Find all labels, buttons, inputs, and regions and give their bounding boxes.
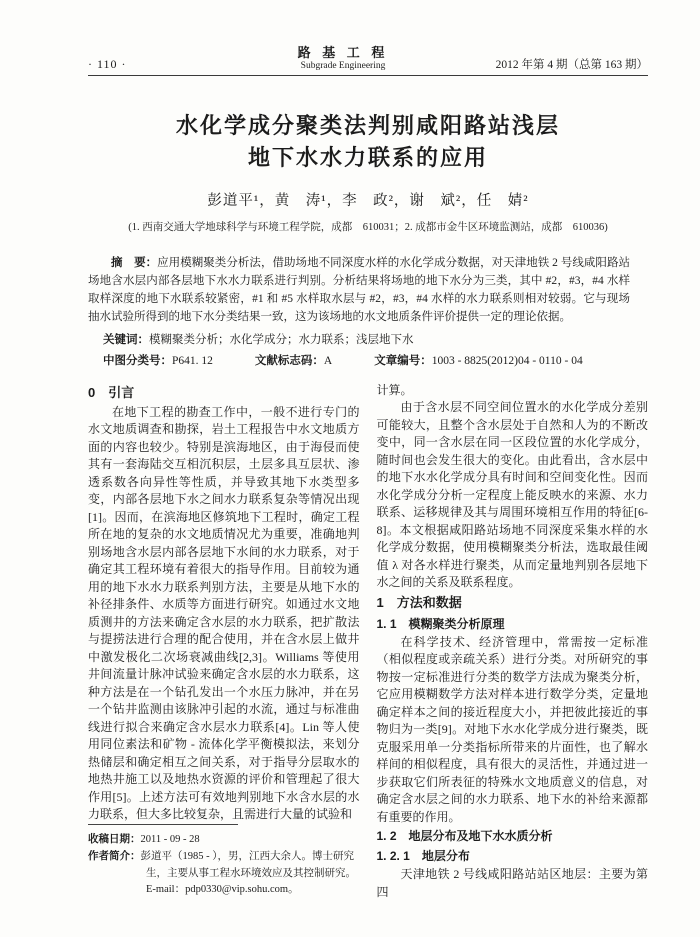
article-id-label: 文章编号： [374,355,432,367]
author-bio-row: 作者简介：彭道平（1985 - ），男，江西大余人。博士研究生，主要从事工程水环… [88,848,360,899]
paragraph-clustering-principle: 在科学技术、经济管理中，常需按一定标准（相似程度或亲疏关系）进行分类。对所研究的… [377,634,649,827]
right-column: 计算。 由于含水层不同空间位置水的水化学成分差别可能较大，且整个含水层处于自然和… [377,382,649,890]
running-head: · 110 · 路 基 工 程 Subgrade Engineering 201… [88,46,648,76]
journal-title-en: Subgrade Engineering [228,61,458,71]
article-title-line2: 地下水水力联系的应用 [88,142,648,174]
journal-page: · 110 · 路 基 工 程 Subgrade Engineering 201… [0,0,700,937]
page-number: · 110 · [88,57,228,72]
subsection-heading-strata-distribution: 1. 2. 1 地层分布 [377,846,649,866]
body-columns: 0 引言 在地下工程的勘查工作中，一般不进行专门的水文地质调查和勘探，岩土工程报… [88,382,648,890]
clc-value: P641. 12 [172,355,213,367]
subsection-heading-strata-water-quality: 1. 2 地层分布及地下水水质分析 [377,826,649,846]
paragraph-hydrochemistry: 由于含水层不同空间位置水的水化学成分差别可能较大，且整个含水层处于自然和人为的不… [377,399,649,592]
doc-code-item: 文献标志码：A [255,352,332,368]
article-id-item: 文章编号：1003 - 8825(2012)04 - 0110 - 04 [374,352,582,368]
article-id-value: 1003 - 8825(2012)04 - 0110 - 04 [432,355,583,367]
abstract-block: 摘 要：应用模糊聚类分析法，借助场地不同深度水样的水化学成分数据，对天津地铁 2… [88,254,648,326]
keywords-label: 关键词： [103,334,149,346]
clc-item: 中图分类号：P641. 12 [103,352,213,368]
left-column: 0 引言 在地下工程的勘查工作中，一般不进行专门的水文地质调查和勘探，岩土工程报… [88,382,360,890]
meta-line: 中图分类号：P641. 12 文献标志码：A 文章编号：1003 - 8825(… [88,352,648,368]
article-title: 水化学成分聚类法判别咸阳路站浅层 地下水水力联系的应用 [88,110,648,174]
received-date-label: 收稿日期： [88,833,141,845]
footnote-block: 收稿日期：2011 - 09 - 28 作者简介：彭道平（1985 - ），男，… [88,824,360,899]
authors-line: 彭道平¹，黄 涛¹，李 政²，谢 斌²，任 婧² [88,189,648,210]
abstract-label: 摘 要： [111,257,157,269]
doc-code-value: A [324,355,332,367]
paragraph-intro-continuation: 计算。 [377,382,649,400]
doc-code-label: 文献标志码： [255,355,324,367]
keywords-text: 模糊聚类分析；水化学成分；水力联系；浅层地下水 [149,334,414,346]
paragraph-intro: 在地下工程的勘查工作中，一般不进行专门的水文地质调查和勘探，岩土工程报告中水文地… [88,404,360,824]
author-bio-value: 彭道平（1985 - ），男，江西大余人。博士研究生，主要从事工程水环境效应及其… [141,851,357,895]
footnote-divider [88,824,238,825]
section-heading-methods: 1 方法和数据 [377,592,649,614]
article-title-line1: 水化学成分聚类法判别咸阳路站浅层 [88,110,648,142]
subsection-heading-fuzzy-clustering: 1. 1 模糊聚类分析原理 [377,614,649,634]
affiliation-line: (1. 西南交通大学地球科学与环境工程学院，成都 610031；2. 成都市金牛… [88,219,648,234]
clc-label: 中图分类号： [103,355,172,367]
abstract-text: 应用模糊聚类分析法，借助场地不同深度水样的水化学成分数据，对天津地铁 2 号线咸… [88,257,630,323]
issue-info: 2012 年第 4 期（总第 163 期） [458,56,648,72]
keywords-line: 关键词：模糊聚类分析；水化学成分；水力联系；浅层地下水 [88,331,648,347]
journal-title-block: 路 基 工 程 Subgrade Engineering [228,46,458,72]
received-date-value: 2011 - 09 - 28 [141,834,200,845]
author-bio-label: 作者简介： [88,850,141,862]
journal-title-cn: 路 基 工 程 [228,46,458,60]
paragraph-strata: 天津地铁 2 号线咸阳路站站区地层：主要为第四 [377,866,649,901]
section-heading-intro: 0 引言 [88,382,360,404]
received-date-row: 收稿日期：2011 - 09 - 28 [88,831,360,849]
